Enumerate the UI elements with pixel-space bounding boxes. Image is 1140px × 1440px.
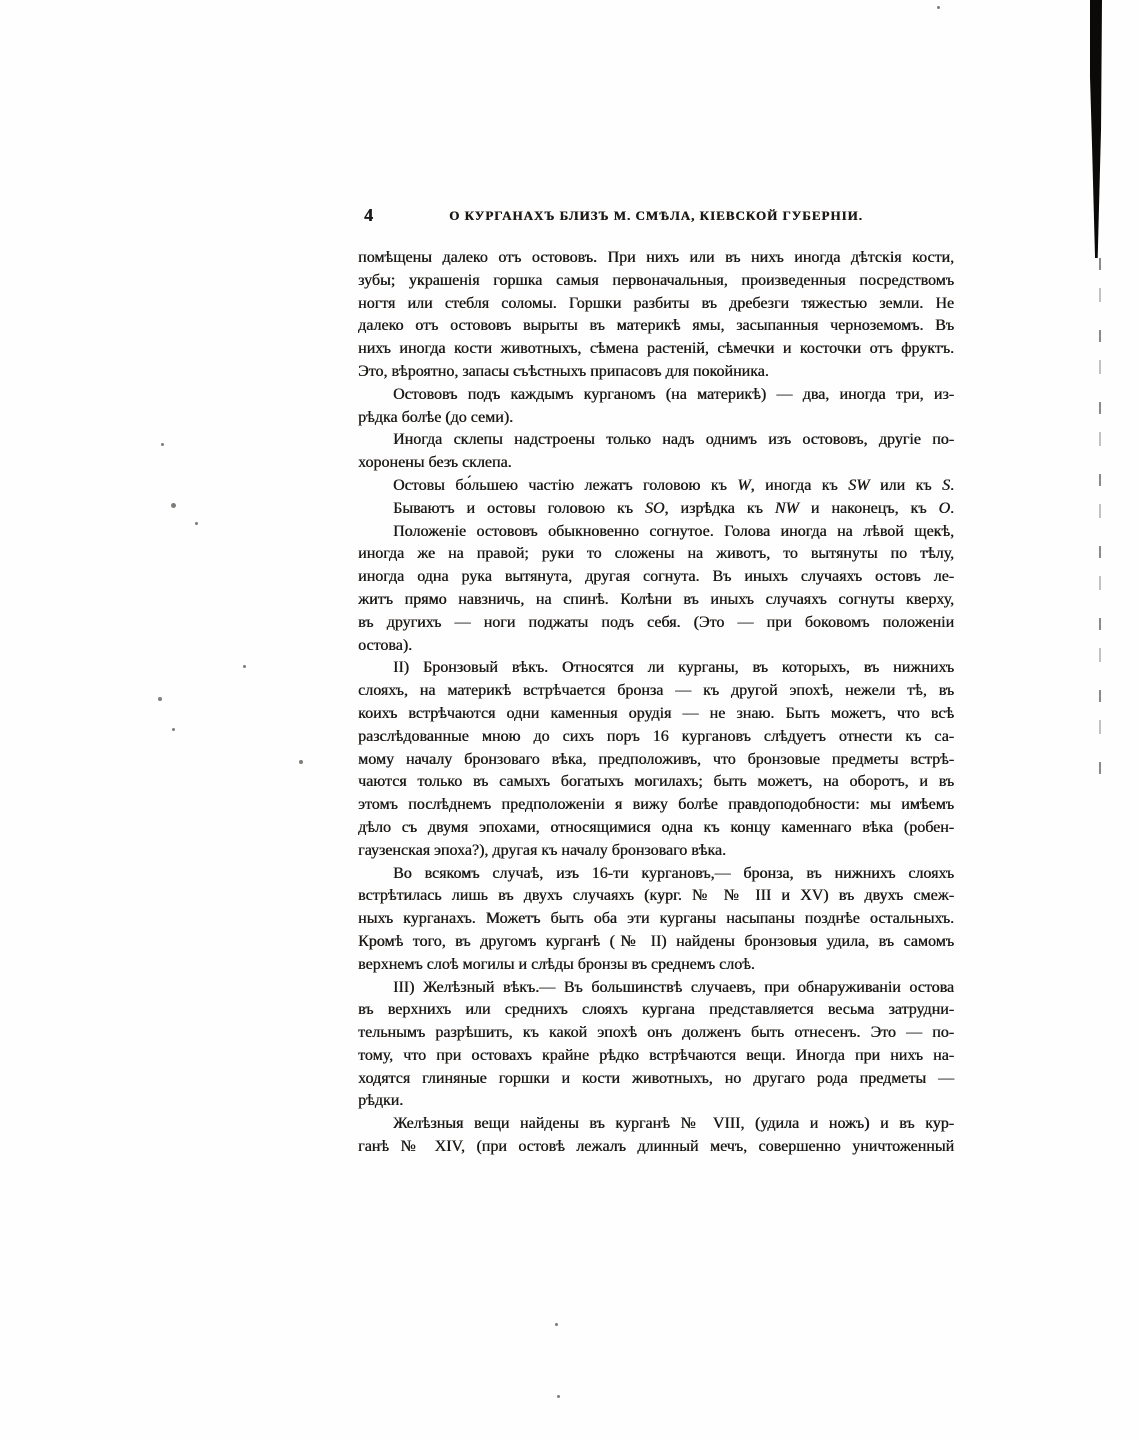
paragraph: Остововъ подъ каждымъ курганомъ (на мате…	[358, 384, 954, 430]
text-line: Бываютъ и остовы головою къ SO, изрѣдка …	[358, 498, 954, 521]
text-line: II) Бронзовый вѣкъ. Относятся ли курганы…	[358, 657, 954, 680]
paragraph: помѣщены далеко отъ остововъ. При нихъ и…	[358, 247, 954, 384]
text-block: помѣщены далеко отъ остововъ. При нихъ и…	[358, 247, 954, 1159]
compass-direction: NW	[775, 500, 799, 517]
paragraph: II) Бронзовый вѣкъ. Относятся ли курганы…	[358, 657, 954, 862]
text-line: Это, вѣроятно, запасы съѣстныхъ припасов…	[358, 361, 954, 384]
running-title: О КУРГАНАХЪ БЛИЗЪ М. СМѢЛА, КІЕВСКОЙ ГУБ…	[358, 204, 954, 224]
scan-speck	[937, 6, 940, 9]
text-line: встрѣтилась лишь въ двухъ случаяхъ (кург…	[358, 885, 954, 908]
book-page: 4 О КУРГАНАХЪ БЛИЗЪ М. СМѢЛА, КІЕВСКОЙ Г…	[0, 0, 1140, 1440]
paragraph: Положеніе остововъ обыкновенно согнутое.…	[358, 521, 954, 658]
text-line: гаузенская эпоха?), другая къ началу бро…	[358, 840, 954, 863]
scan-speck	[299, 760, 303, 764]
paragraph: Бываютъ и остовы головою къ SO, изрѣдка …	[358, 498, 954, 521]
text-line: Иногда склепы надстроены только надъ одн…	[358, 429, 954, 452]
text-line: тому, что при остовахъ крайне рѣдко встр…	[358, 1045, 954, 1068]
text-line: этомъ послѣднемъ предположеніи я вижу бо…	[358, 794, 954, 817]
text-line: чаются только въ самыхъ богатыхъ могилах…	[358, 771, 954, 794]
scan-speck	[555, 1323, 558, 1326]
text-line: иногда же на правой; руки то сложены на …	[358, 543, 954, 566]
text-line: житъ прямо навзничь, на спинѣ. Колѣни въ…	[358, 589, 954, 612]
text-line: Положеніе остововъ обыкновенно согнутое.…	[358, 521, 954, 544]
text-line: Во всякомъ случаѣ, изъ 16-ти кургановъ,—…	[358, 863, 954, 886]
page-number: 4	[364, 206, 373, 224]
text-line: III) Желѣзный вѣкъ.— Въ большинствѣ случ…	[358, 977, 954, 1000]
text-line: Кромѣ того, въ другомъ курганѣ (№ II) на…	[358, 931, 954, 954]
compass-direction: O	[938, 500, 950, 517]
text-line: ганѣ № XIV, (при остовѣ лежалъ длинный м…	[358, 1136, 954, 1159]
compass-direction: SO	[645, 500, 665, 517]
text-line: коихъ встрѣчаются одни каменныя орудія —…	[358, 703, 954, 726]
scan-speck	[243, 665, 246, 668]
text-line: въ другихъ — ноги поджаты подъ себя. (Эт…	[358, 612, 954, 635]
scan-speck	[158, 697, 162, 701]
text-line: зубы; украшенія горшка самыя первоначаль…	[358, 270, 954, 293]
paragraph: III) Желѣзный вѣкъ.— Въ большинствѣ случ…	[358, 977, 954, 1114]
text-line: Желѣзныя вещи найдены въ курганѣ № VIII,…	[358, 1113, 954, 1136]
scan-ink-streak	[1090, 0, 1102, 258]
text-line: помѣщены далеко отъ остововъ. При нихъ и…	[358, 247, 954, 270]
paragraph: Во всякомъ случаѣ, изъ 16-ти кургановъ,—…	[358, 863, 954, 977]
text-line: хоронены безъ склепа.	[358, 452, 954, 475]
scan-speck	[557, 1395, 560, 1398]
text-line: нихъ иногда кости животныхъ, сѣмена раст…	[358, 338, 954, 361]
compass-direction: SW	[848, 477, 869, 494]
text-line: разслѣдованные мною до сихъ поръ 16 кург…	[358, 726, 954, 749]
scan-speck	[161, 443, 164, 446]
text-line: ныхъ курганахъ. Можетъ быть оба эти кург…	[358, 908, 954, 931]
paragraph: Иногда склепы надстроены только надъ одн…	[358, 429, 954, 475]
scan-speck	[195, 522, 198, 525]
text-line: ходятся глиняные горшки и кости животных…	[358, 1068, 954, 1091]
text-line: рѣдка болѣе (до семи).	[358, 407, 954, 430]
scan-ink-trail	[1099, 258, 1101, 778]
paragraph: Остовы бо́льшею частію лежатъ головою къ…	[358, 475, 954, 498]
text-line: Остововъ подъ каждымъ курганомъ (на мате…	[358, 384, 954, 407]
text-line: ногтя или стебля соломы. Горшки разбиты …	[358, 293, 954, 316]
text-line: дѣло съ двумя эпохами, относящимися одна…	[358, 817, 954, 840]
text-line: далеко отъ остововъ вырыты въ материкѣ я…	[358, 315, 954, 338]
compass-direction: W	[737, 477, 750, 494]
text-line: Остовы бо́льшею частію лежатъ головою къ…	[358, 475, 954, 498]
text-line: мому началу бронзоваго вѣка, предположив…	[358, 749, 954, 772]
text-line: верхнемъ слоѣ могилы и слѣды бронзы въ с…	[358, 954, 954, 977]
compass-direction: S	[942, 477, 950, 494]
text-line: иногда одна рука вытянута, другая согнут…	[358, 566, 954, 589]
paragraph: Желѣзныя вещи найдены въ курганѣ № VIII,…	[358, 1113, 954, 1159]
text-line: въ верхнихъ или среднихъ слояхъ кургана …	[358, 999, 954, 1022]
text-line: остова).	[358, 635, 954, 658]
text-line: слояхъ, на материкѣ встрѣчается бронза —…	[358, 680, 954, 703]
scan-speck	[172, 728, 175, 731]
text-line: рѣдки.	[358, 1090, 954, 1113]
scan-speck	[171, 503, 176, 508]
running-head: 4 О КУРГАНАХЪ БЛИЗЪ М. СМѢЛА, КІЕВСКОЙ Г…	[358, 204, 954, 224]
text-line: тельнымъ разрѣшить, къ какой эпохѣ онъ д…	[358, 1022, 954, 1045]
